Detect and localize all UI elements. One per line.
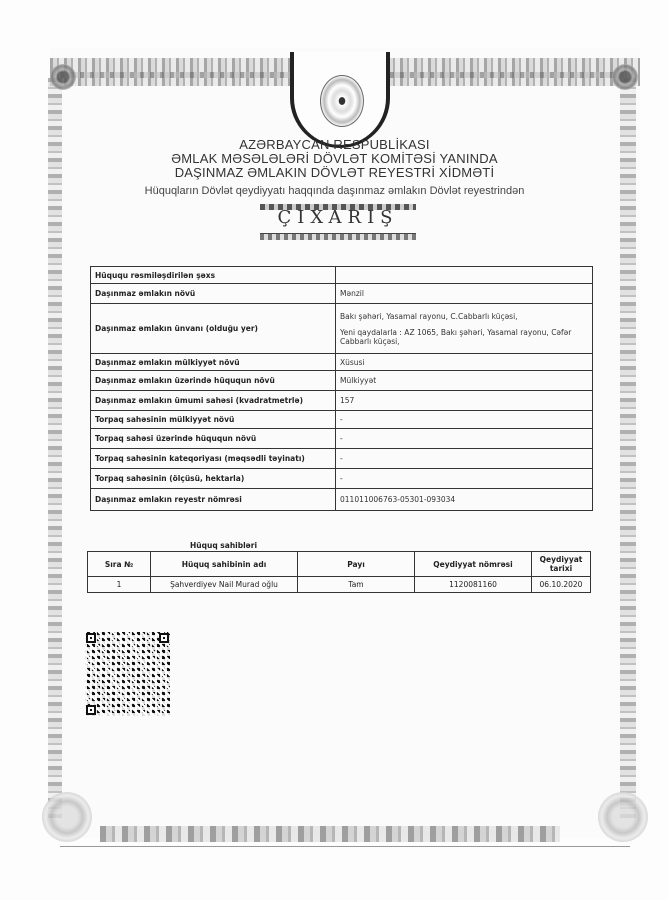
address-old: Bakı şəhəri, Yasamal rayonu, C.Cabbarlı … — [340, 312, 588, 321]
row-label: Torpaq sahəsinin mülkiyyət növü — [91, 411, 336, 429]
table-row: Torpaq sahəsinin kateqoriyası (məqsədli … — [91, 449, 593, 469]
row-value: - — [336, 469, 593, 489]
decorative-border-bottom — [100, 826, 560, 842]
row-label: Daşınmaz əmlakın üzərində hüququn növü — [91, 371, 336, 391]
table-row: Torpaq sahəsi üzərində hüququn növü - — [91, 429, 593, 449]
table-row: Torpaq sahəsinin mülkiyyət növü - — [91, 411, 593, 429]
owners-table: Sıra № Hüquq sahibinin adı Payı Qeydiyya… — [87, 551, 591, 593]
table-header-row: Sıra № Hüquq sahibinin adı Payı Qeydiyya… — [88, 552, 591, 577]
table-row: Daşınmaz əmlakın növü Mənzil — [91, 284, 593, 304]
column-header: Qeydiyyat tarixi — [532, 552, 591, 577]
row-value: Mülkiyyət — [336, 371, 593, 391]
row-value: - — [336, 411, 593, 429]
table-row: Daşınmaz əmlakın reyestr nömrəsi 0110110… — [91, 489, 593, 511]
table-row: Torpaq sahəsinin (ölçüsü, hektarla) - — [91, 469, 593, 489]
row-label: Hüququ rəsmiləşdirilən şəxs — [91, 267, 336, 284]
row-value: 157 — [336, 391, 593, 411]
row-label: Daşınmaz əmlakın mülkiyyət növü — [91, 354, 336, 371]
table-row: 1 Şahverdiyev Nail Murad oğlu Tam 112008… — [88, 577, 591, 593]
column-header: Sıra № — [88, 552, 151, 577]
address-new: Yeni qaydalarla : AZ 1065, Bakı şəhəri, … — [340, 328, 588, 346]
column-header: Hüquq sahibinin adı — [151, 552, 298, 577]
property-info-table: Hüququ rəsmiləşdirilən şəxs Daşınmaz əml… — [90, 266, 593, 511]
row-label: Torpaq sahəsinin kateqoriyası (məqsədli … — [91, 449, 336, 469]
row-value: Mənzil — [336, 284, 593, 304]
issuer-header: AZƏRBAYCAN RESPUBLİKASI ƏMLAK MƏSƏLƏLƏRİ… — [0, 138, 669, 180]
header-line-2: ƏMLAK MƏSƏLƏLƏRİ DÖVLƏT KOMİTƏSİ YANINDA — [0, 152, 669, 166]
header-subtitle: Hüquqların Dövlət qeydiyyatı haqqında da… — [0, 185, 669, 197]
header-line-3: DAŞINMAZ ƏMLAKIN DÖVLƏT REYESTRİ XİDMƏTİ — [0, 166, 669, 180]
table-row: Daşınmaz əmlakın mülkiyyət növü Xüsusi — [91, 354, 593, 371]
document-title: ÇIXARIŞ — [258, 207, 418, 228]
corner-ornament-icon — [612, 64, 638, 90]
cell-owner-name: Şahverdiyev Nail Murad oğlu — [151, 577, 298, 593]
table-row: Daşınmaz əmlakın ünvanı (olduğu yer) Bak… — [91, 304, 593, 354]
qr-code-icon — [85, 632, 170, 716]
row-value: - — [336, 449, 593, 469]
header-line-1: AZƏRBAYCAN RESPUBLİKASI — [0, 138, 669, 152]
row-label: Daşınmaz əmlakın ünvanı (olduğu yer) — [91, 304, 336, 354]
qr-finder — [86, 633, 96, 643]
row-label: Torpaq sahəsinin (ölçüsü, hektarla) — [91, 469, 336, 489]
row-value: 011011006763-05301-093034 — [336, 489, 593, 511]
table-row: Daşınmaz əmlakın ümumi sahəsi (kvadratme… — [91, 391, 593, 411]
table-row: Hüququ rəsmiləşdirilən şəxs — [91, 267, 593, 284]
owners-title: Hüquq sahibləri — [190, 541, 257, 550]
row-label: Daşınmaz əmlakın reyestr nömrəsi — [91, 489, 336, 511]
row-value: Xüsusi — [336, 354, 593, 371]
row-label: Daşınmaz əmlakın ümumi sahəsi (kvadratme… — [91, 391, 336, 411]
title-ornament-bottom — [260, 233, 416, 240]
qr-finder — [159, 633, 169, 643]
cell-share: Tam — [298, 577, 415, 593]
row-label: Daşınmaz əmlakın növü — [91, 284, 336, 304]
row-value — [336, 267, 593, 284]
corner-ornament-icon — [42, 792, 92, 842]
table-row: Daşınmaz əmlakın üzərində hüququn növü M… — [91, 371, 593, 391]
row-value: Bakı şəhəri, Yasamal rayonu, C.Cabbarlı … — [336, 304, 593, 354]
qr-finder — [86, 705, 96, 715]
row-label: Torpaq sahəsi üzərində hüququn növü — [91, 429, 336, 449]
corner-ornament-icon — [598, 792, 648, 842]
row-value: - — [336, 429, 593, 449]
border-line — [60, 846, 630, 847]
cell-registration-number: 1120081160 — [415, 577, 532, 593]
cell-registration-date: 06.10.2020 — [532, 577, 591, 593]
column-header: Qeydiyyat nömrəsi — [415, 552, 532, 577]
cell-index: 1 — [88, 577, 151, 593]
column-header: Payı — [298, 552, 415, 577]
state-emblem-icon — [320, 75, 364, 127]
corner-ornament-icon — [50, 64, 76, 90]
